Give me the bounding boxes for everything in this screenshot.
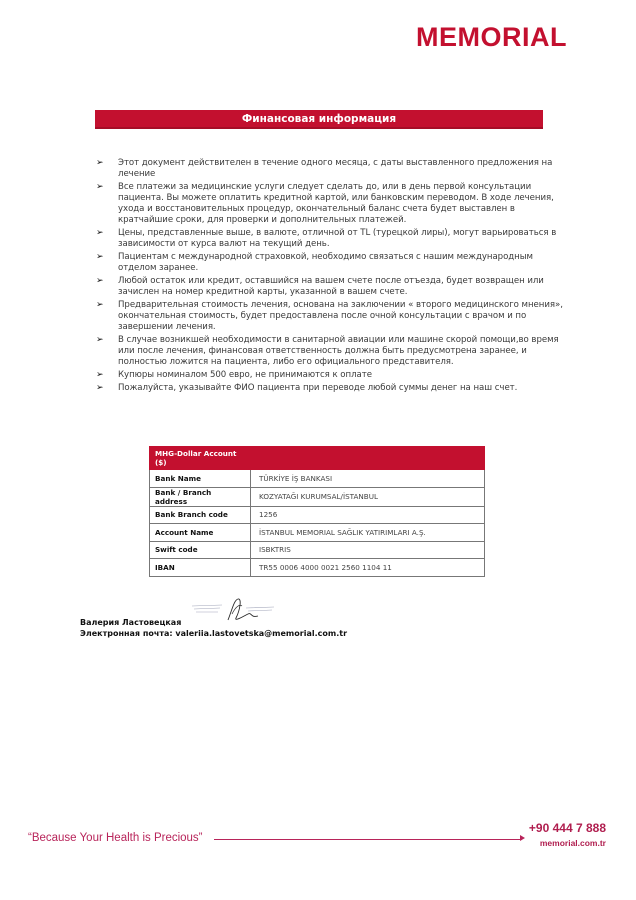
table-row: Bank Branch code 1256: [150, 506, 485, 524]
arrow-bullet-icon: ➢: [96, 182, 104, 193]
table-header-row: MHG-Dollar Account ($): [150, 447, 485, 470]
arrow-bullet-icon: ➢: [96, 383, 104, 394]
row-value: TR55 0006 4000 0021 2560 1104 11: [251, 559, 485, 577]
row-value: TÜRKİYE İŞ BANKASI: [251, 470, 485, 488]
footer-slogan: “Because Your Health is Precious”: [28, 832, 203, 844]
contact-block: Валерия Ластовецкая Электронная почта: v…: [80, 617, 347, 639]
arrow-bullet-icon: ➢: [96, 335, 104, 346]
bank-account-table: MHG-Dollar Account ($) Bank Name TÜRKİYE…: [149, 446, 485, 577]
table-row: Swift code ISBKTRIS: [150, 541, 485, 559]
list-item: ➢Пациентам с международной страховкой, н…: [96, 252, 566, 274]
list-item: ➢Цены, представленные выше, в валюте, от…: [96, 228, 566, 250]
arrow-bullet-icon: ➢: [96, 158, 104, 169]
row-value: 1256: [251, 506, 485, 524]
section-title-bar: Финансовая информация: [95, 110, 543, 129]
terms-list: ➢Этот документ действителен в течение од…: [96, 158, 566, 396]
row-label: Swift code: [150, 541, 251, 559]
arrow-bullet-icon: ➢: [96, 276, 104, 287]
footer-divider: [214, 839, 522, 840]
section-title: Финансовая информация: [242, 113, 396, 125]
row-value: İSTANBUL MEMORIAL SAĞLIK YATIRIMLARI A.Ş…: [251, 524, 485, 542]
row-label: Bank Branch code: [150, 506, 251, 524]
arrow-bullet-icon: ➢: [96, 370, 104, 381]
table-row: Account Name İSTANBUL MEMORIAL SAĞLIK YA…: [150, 524, 485, 542]
table-row: Bank Name TÜRKİYE İŞ BANKASI: [150, 470, 485, 488]
row-label: Bank / Branch address: [150, 487, 251, 506]
row-value: KOZYATAĞI KURUMSAL/İSTANBUL: [251, 487, 485, 506]
arrow-bullet-icon: ➢: [96, 252, 104, 263]
header-empty-cell: [251, 447, 485, 470]
list-item: ➢Предварительная стоимость лечения, осно…: [96, 300, 566, 333]
list-item: ➢Пожалуйста, указывайте ФИО пациента при…: [96, 383, 566, 394]
footer-phone: +90 444 7 888: [529, 821, 606, 835]
arrow-bullet-icon: ➢: [96, 300, 104, 311]
table-row: IBAN TR55 0006 4000 0021 2560 1104 11: [150, 559, 485, 577]
row-label: Account Name: [150, 524, 251, 542]
list-item: ➢Все платежи за медицинские услуги следу…: [96, 182, 566, 226]
row-label: IBAN: [150, 559, 251, 577]
account-header: MHG-Dollar Account ($): [150, 447, 251, 470]
list-item: ➢Этот документ действителен в течение од…: [96, 158, 566, 180]
list-item: ➢Купюры номиналом 500 евро, не принимают…: [96, 370, 566, 381]
row-label: Bank Name: [150, 470, 251, 488]
arrow-right-icon: [520, 835, 525, 841]
row-value: ISBKTRIS: [251, 541, 485, 559]
memorial-logo: MEMORIAL: [416, 22, 567, 53]
arrow-bullet-icon: ➢: [96, 228, 104, 239]
table-row: Bank / Branch address KOZYATAĞI KURUMSAL…: [150, 487, 485, 506]
footer-website: memorial.com.tr: [540, 838, 606, 848]
list-item: ➢В случае возникшей необходимости в сани…: [96, 335, 566, 368]
contact-name: Валерия Ластовецкая: [80, 617, 347, 628]
list-item: ➢Любой остаток или кредит, оставшийся на…: [96, 276, 566, 298]
contact-email: Электронная почта: valeriia.lastovetska@…: [80, 628, 347, 639]
